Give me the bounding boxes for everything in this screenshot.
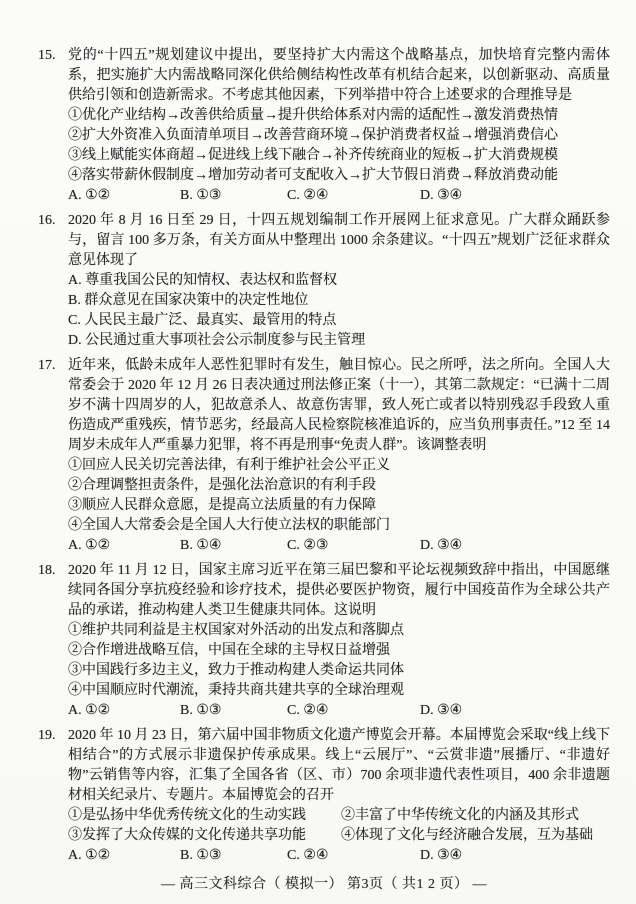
question-item-3: ③顺应人民群众意愿，是提高立法质量的有力保障 bbox=[68, 496, 610, 516]
question-number: 17. bbox=[38, 356, 56, 376]
question-item-1: ①回应人民关切完善法律，有利于维护社会公平正义 bbox=[68, 456, 610, 476]
choices: A. ①② B. ①③ C. ②④ D. ③④ bbox=[68, 846, 610, 866]
question-item-1: ①优化产业结构→改善供给质量→提升供给体系对内需的适配性→激发消费热情 bbox=[68, 106, 610, 126]
choices: A. ①② B. ①④ C. ②③ D. ③④ bbox=[68, 536, 610, 556]
choice-d: D. ③④ bbox=[420, 536, 610, 556]
question-number: 15. bbox=[38, 46, 56, 66]
question-item-2: ②合作增进战略互信，中国在全球的主导权日益增强 bbox=[68, 641, 610, 661]
choice-c: C. ②③ bbox=[287, 536, 420, 556]
question-item-2: ②合理调整担责条件，是强化法治意识的有利手段 bbox=[68, 476, 610, 496]
question-stem: 党的“十四五”规划建议中提出，要坚持扩大内需这个战略基点，加快培育完整内需体系，… bbox=[68, 46, 610, 106]
choice-a: A. ①② bbox=[68, 186, 180, 206]
choice-b: B. 群众意见在国家决策中的决定性地位 bbox=[68, 291, 610, 311]
page-footer: — 高三文科综合（ 模拟一） 第3页（ 共1 2 页） — bbox=[38, 875, 610, 895]
question-item-2: ②丰富了中华传统文化的内涵及其形式 bbox=[341, 806, 610, 826]
choice-a: A. ①② bbox=[68, 536, 180, 556]
question-number: 18. bbox=[38, 561, 56, 581]
question-16: 16. 2020 年 8 月 16 日至 29 日，十四五规划编制工作开展网上征… bbox=[38, 211, 610, 351]
question-item-3: ③发挥了大众传媒的文化传递共享功能 bbox=[68, 826, 337, 846]
choice-c: C. ②④ bbox=[287, 186, 420, 206]
choice-a: A. ①② bbox=[68, 701, 180, 721]
choice-c: C. ②④ bbox=[287, 701, 420, 721]
question-item-1: ①是弘扬中华优秀传统文化的生动实践 bbox=[68, 806, 337, 826]
choice-c: C. 人民民主最广泛、最真实、最管用的特点 bbox=[68, 311, 610, 331]
choices: A. ①② B. ①③ C. ②④ D. ③④ bbox=[68, 186, 610, 206]
question-number: 19. bbox=[38, 726, 56, 746]
question-15: 15. 党的“十四五”规划建议中提出，要坚持扩大内需这个战略基点，加快培育完整内… bbox=[38, 46, 610, 206]
exam-page: 15. 党的“十四五”规划建议中提出，要坚持扩大内需这个战略基点，加快培育完整内… bbox=[0, 0, 636, 904]
choice-d: D. ③④ bbox=[420, 846, 610, 866]
choice-b: B. ①③ bbox=[180, 701, 287, 721]
question-19: 19. 2020 年 10 月 23 日，第六届中国非物质文化遗产博览会开幕。本… bbox=[38, 726, 610, 866]
question-stem: 近年来，低龄未成年人恶性犯罪时有发生，触目惊心。民之所呼，法之所向。全国人大常委… bbox=[68, 356, 610, 456]
question-item-3: ③中国践行多边主义，致力于推动构建人类命运共同体 bbox=[68, 661, 610, 681]
question-17: 17. 近年来，低龄未成年人恶性犯罪时有发生，触目惊心。民之所呼，法之所向。全国… bbox=[38, 356, 610, 556]
choice-b: B. ①③ bbox=[180, 186, 287, 206]
question-item-4: ④中国顺应时代潮流，秉持共商共建共享的全球治理观 bbox=[68, 681, 610, 701]
choice-d: D. 公民通过重大事项社会公示制度参与民主管理 bbox=[68, 331, 610, 351]
question-stem: 2020 年 8 月 16 日至 29 日，十四五规划编制工作开展网上征求意见。… bbox=[68, 211, 610, 271]
choices: A. ①② B. ①③ C. ②④ D. ③④ bbox=[68, 701, 610, 721]
choice-b: B. ①④ bbox=[180, 536, 287, 556]
choice-d: D. ③④ bbox=[420, 701, 610, 721]
question-stem: 2020 年 11 月 12 日，国家主席习近平在第三届巴黎和平论坛视频致辞中指… bbox=[68, 561, 610, 621]
question-item-4: ④体现了文化与经济融合发展，互为基础 bbox=[341, 826, 610, 846]
choice-d: D. ③④ bbox=[420, 186, 610, 206]
question-item-4: ④落实带薪休假制度→增加劳动者可支配收入→扩大节假日消费→释放消费动能 bbox=[68, 166, 610, 186]
question-item-1: ①维护共同利益是主权国家对外活动的出发点和落脚点 bbox=[68, 621, 610, 641]
question-stem: 2020 年 10 月 23 日，第六届中国非物质文化遗产博览会开幕。本届博览会… bbox=[68, 726, 610, 806]
question-item-2: ②扩大外资准入负面清单项目→改善营商环境→保护消费者权益→增强消费信心 bbox=[68, 126, 610, 146]
question-number: 16. bbox=[38, 211, 56, 231]
question-items: ①是弘扬中华优秀传统文化的生动实践 ②丰富了中华传统文化的内涵及其形式 ③发挥了… bbox=[68, 806, 610, 846]
question-item-3: ③线上赋能实体商超→促进线上线下融合→补齐传统商业的短板→扩大消费规模 bbox=[68, 146, 610, 166]
question-item-4: ④全国人大常委会是全国人大行使立法权的职能部门 bbox=[68, 516, 610, 536]
choice-a: A. 尊重我国公民的知情权、表达权和监督权 bbox=[68, 271, 610, 291]
choice-a: A. ①② bbox=[68, 846, 180, 866]
choice-c: C. ②④ bbox=[287, 846, 420, 866]
question-18: 18. 2020 年 11 月 12 日，国家主席习近平在第三届巴黎和平论坛视频… bbox=[38, 561, 610, 721]
choice-b: B. ①③ bbox=[180, 846, 287, 866]
